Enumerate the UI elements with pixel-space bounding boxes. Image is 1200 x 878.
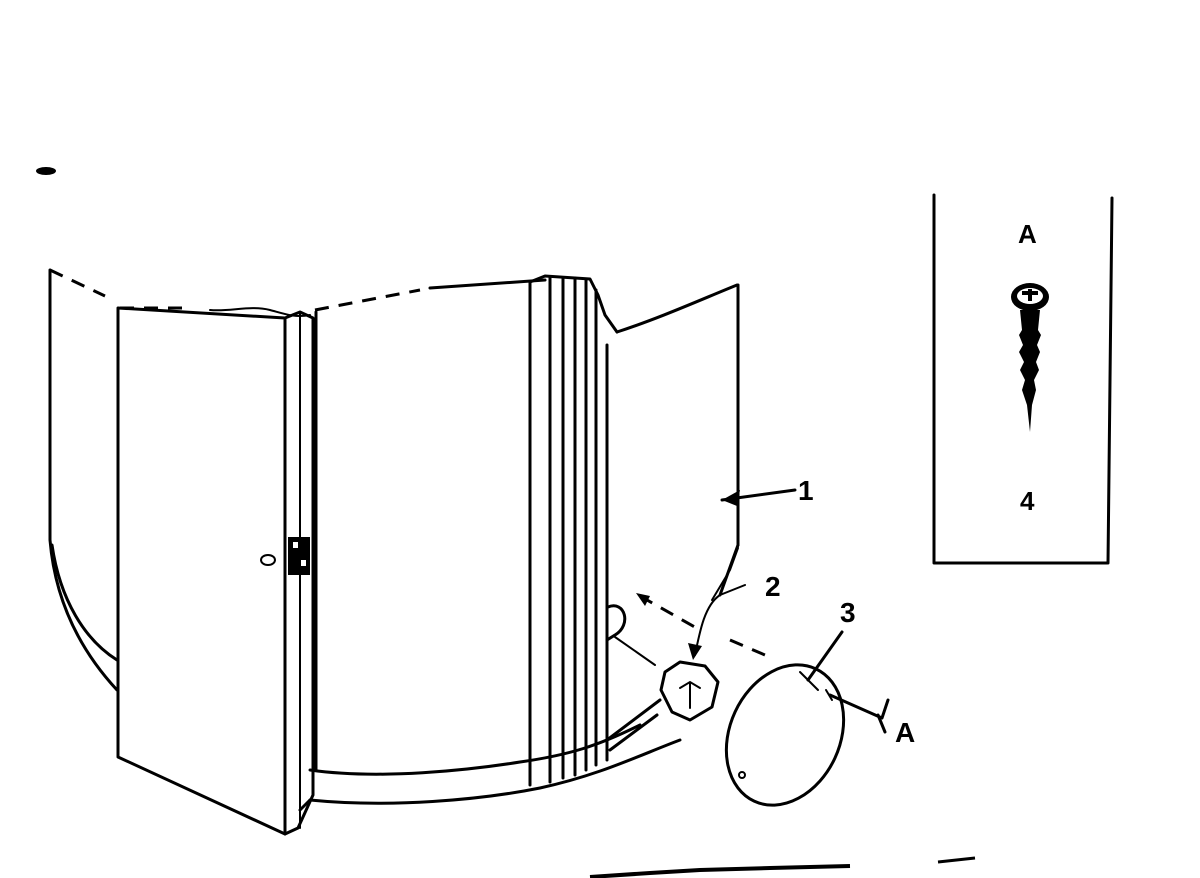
scan-marks <box>590 858 975 877</box>
inset-letter: A <box>1018 219 1037 249</box>
callout-2-label: 2 <box>765 571 781 602</box>
callout-1: 1 <box>722 475 814 506</box>
assembly-diagram: 1 2 <box>0 0 1200 878</box>
hardware-inset: A 4 <box>934 195 1112 563</box>
inset-part-number: 4 <box>1020 486 1035 516</box>
callout-3-label: 3 <box>840 597 856 628</box>
stray-mark <box>36 167 56 175</box>
callout-1-label: 1 <box>798 475 814 506</box>
right-side-panel <box>607 285 738 640</box>
fluted-column <box>530 276 617 785</box>
left-door <box>118 308 313 834</box>
screw-icon <box>1011 283 1049 432</box>
callout-a-label: A <box>895 717 915 748</box>
oval-plate <box>704 646 865 825</box>
